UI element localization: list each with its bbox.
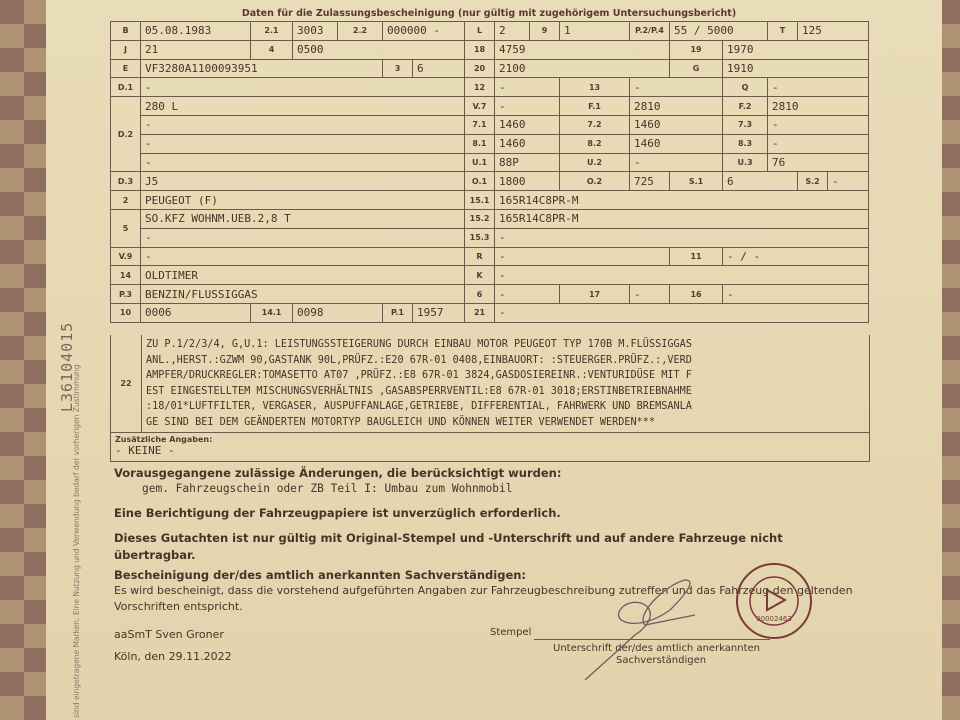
field-L: 2: [495, 22, 530, 41]
prev-changes-text: gem. Fahrzeugschein oder ZB Teil I: Umba…: [142, 482, 512, 495]
field-D2-4: -: [141, 153, 465, 172]
field-D1: -: [141, 78, 465, 97]
stempel-label: Stempel: [490, 627, 531, 638]
background-tiles-left: [0, 0, 48, 720]
field-15-1: 165R14C8PR-M: [495, 191, 869, 210]
prev-changes-heading: Vorausgegangene zulässige Änderungen, di…: [114, 466, 561, 480]
field-B: 05.08.1983: [141, 22, 251, 41]
table-row: 2 PEUGEOT (F) 15.1 165R14C8PR-M: [111, 191, 869, 210]
field-8-3: -: [768, 134, 869, 153]
field-2-1: 3003: [293, 22, 338, 41]
correction-notice: Eine Berichtigung der Fahrzeugpapiere is…: [114, 506, 561, 520]
svg-text:00002463: 00002463: [756, 615, 792, 623]
field-E: VF3280A1100093951: [141, 59, 383, 78]
field-F2: 2810: [768, 97, 869, 116]
examiner-name: aaSmT Sven Groner: [114, 628, 224, 641]
registration-data-table: B 05.08.1983 2.1 3003 2.2 000000 - L 2 9…: [110, 21, 869, 323]
table-row: 14 OLDTIMER K -: [111, 266, 869, 285]
field-7-3: -: [768, 115, 869, 134]
place-date: Köln, den 29.11.2022: [114, 650, 232, 663]
table-header: Daten für die Zulassungsbescheinigung (n…: [110, 8, 868, 19]
field-7-1: 1460: [495, 115, 560, 134]
field-U1: 88P: [495, 153, 560, 172]
table-row: D.3 J5 O.1 1800 O.2 725 S.1 6 S.2 -: [111, 172, 869, 191]
field-19: 1970: [723, 40, 869, 59]
field-12: -: [495, 78, 560, 97]
table-row: 5 SO.KFZ WOHNM.UEB.2,8 T 15.2 165R14C8PR…: [111, 209, 869, 228]
field-3: 6: [413, 59, 465, 78]
additional-info: Zusätzliche Angaben: - KEINE -: [111, 432, 869, 461]
remarks-section: 22 ZU P.1/2/3/4, G,U.1: LEISTUNGSSTEIGER…: [110, 335, 870, 462]
field-21: -: [495, 303, 869, 322]
table-row: - U.1 88P U.2 - U.3 76: [111, 153, 869, 172]
field-6: -: [495, 285, 560, 304]
field-5-2: -: [141, 228, 465, 247]
field-T: 125: [798, 22, 869, 41]
field-16: -: [723, 285, 869, 304]
table-row: - 15.3 -: [111, 228, 869, 247]
tuv-stamp-icon: 00002463: [735, 562, 813, 640]
validity-notice: Dieses Gutachten ist nur gültig mit Orig…: [114, 530, 814, 564]
table-row: D.2 280 L V.7 - F.1 2810 F.2 2810: [111, 97, 869, 116]
field-O2: 725: [630, 172, 670, 191]
table-row: 10 0006 14.1 0098 P.1 1957 21 -: [111, 303, 869, 322]
table-row: - 7.1 1460 7.2 1460 7.3 -: [111, 115, 869, 134]
table-row: B 05.08.1983 2.1 3003 2.2 000000 - L 2 9…: [111, 22, 869, 41]
field-2-2: 000000 -: [383, 22, 465, 41]
table-row: P.3 BENZIN/FLUSSIGGAS 6 - 17 - 16 -: [111, 285, 869, 304]
field-11: - / -: [723, 247, 869, 266]
field-S1: 6: [723, 172, 798, 191]
field-R: -: [495, 247, 670, 266]
field-D3: J5: [141, 172, 465, 191]
field-22-label: 22: [111, 335, 142, 432]
field-D2-1: 280 L: [141, 97, 465, 116]
field-20: 2100: [495, 59, 670, 78]
field-U2: -: [630, 153, 723, 172]
field-O1: 1800: [495, 172, 560, 191]
field-13: -: [630, 78, 723, 97]
field-P2-P4: 55 / 5000: [670, 22, 768, 41]
field-14: OLDTIMER: [141, 266, 465, 285]
field-G: 1910: [723, 59, 869, 78]
signature-scribble: [575, 575, 715, 690]
field-17: -: [630, 285, 670, 304]
field-15-3: -: [495, 228, 869, 247]
field-18: 4759: [495, 40, 670, 59]
field-8-2: 1460: [630, 134, 723, 153]
field-14-1: 0098: [293, 303, 383, 322]
trademark-note: sind eingetragene Marken. Eine Nutzung u…: [72, 364, 81, 718]
field-F1: 2810: [630, 97, 723, 116]
table-row: E VF3280A1100093951 3 6 20 2100 G 1910: [111, 59, 869, 78]
field-2: PEUGEOT (F): [141, 191, 465, 210]
field-7-2: 1460: [630, 115, 723, 134]
field-15-2: 165R14C8PR-M: [495, 209, 869, 228]
field-P1: 1957: [413, 303, 465, 322]
certification-heading: Bescheinigung der/des amtlich anerkannte…: [114, 568, 526, 582]
table-row: V.9 - R - 11 - / -: [111, 247, 869, 266]
field-V7: -: [495, 97, 560, 116]
table-row: J 21 4 0500 18 4759 19 1970: [111, 40, 869, 59]
field-K: -: [495, 266, 869, 285]
field-Q: -: [768, 78, 869, 97]
field-P3: BENZIN/FLUSSIGGAS: [141, 285, 465, 304]
field-U3: 76: [768, 153, 869, 172]
field-22-text: ZU P.1/2/3/4, G,U.1: LEISTUNGSSTEIGERUNG…: [142, 335, 869, 432]
field-J: 21: [141, 40, 251, 59]
field-5-1: SO.KFZ WOHNM.UEB.2,8 T: [141, 209, 465, 228]
field-S2: -: [828, 172, 869, 191]
field-D2-3: -: [141, 134, 465, 153]
field-10: 0006: [141, 303, 251, 322]
field-9: 1: [560, 22, 630, 41]
field-8-1: 1460: [495, 134, 560, 153]
table-row: - 8.1 1460 8.2 1460 8.3 -: [111, 134, 869, 153]
table-row: D.1 - 12 - 13 - Q -: [111, 78, 869, 97]
field-4: 0500: [293, 40, 465, 59]
field-D2-2: -: [141, 115, 465, 134]
field-V9: -: [141, 247, 465, 266]
